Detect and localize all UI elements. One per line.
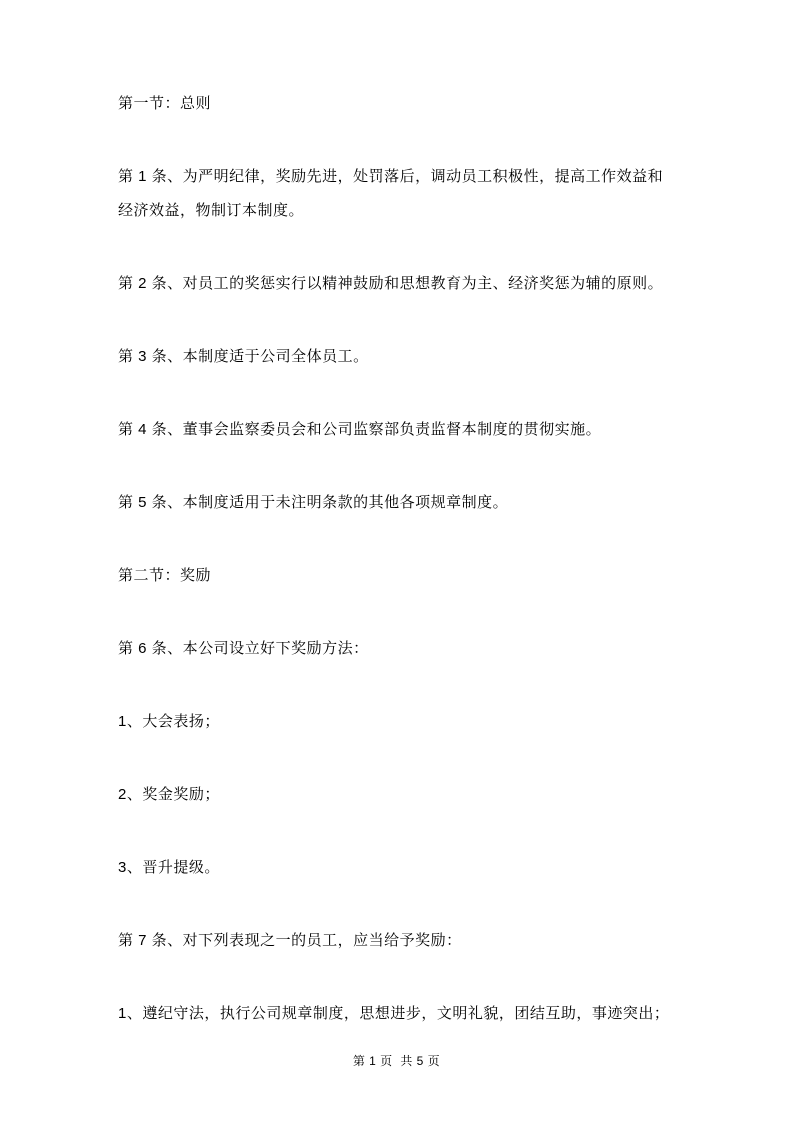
article-2: 第 2 条、对员工的奖惩实行以精神鼓励和思想教育为主、经济奖惩为辅的原则。: [118, 267, 674, 301]
document-page: 第一节：总则第 1 条、为严明纪律，奖励先进，处罚落后，调动员工积极性，提高工作…: [0, 0, 793, 1122]
award-condition-1: 1、遵纪守法，执行公司规章制度，思想进步，文明礼貌，团结互助，事迹突出；: [118, 997, 674, 1031]
article-4: 第 4 条、董事会监察委员会和公司监察部负责监督本制度的贯彻实施。: [118, 413, 674, 447]
section-1-heading: 第一节：总则: [118, 87, 674, 121]
article-1: 第 1 条、为严明纪律，奖励先进，处罚落后，调动员工积极性，提高工作效益和经济效…: [118, 160, 674, 228]
article-5: 第 5 条、本制度适用于未注明条款的其他各项规章制度。: [118, 486, 674, 520]
article-3: 第 3 条、本制度适于公司全体员工。: [118, 340, 674, 374]
reward-item-2: 2、奖金奖励；: [118, 778, 674, 812]
page-footer: 第 1 页 共 5 页: [0, 1044, 793, 1078]
reward-item-1: 1、大会表扬；: [118, 705, 674, 739]
document-content: 第一节：总则第 1 条、为严明纪律，奖励先进，处罚落后，调动员工积极性，提高工作…: [0, 0, 793, 1031]
article-6: 第 6 条、本公司设立好下奖励方法：: [118, 632, 674, 666]
article-7: 第 7 条、对下列表现之一的员工，应当给予奖励：: [118, 924, 674, 958]
section-2-heading: 第二节：奖励: [118, 559, 674, 593]
reward-item-3: 3、晋升提级。: [118, 851, 674, 885]
